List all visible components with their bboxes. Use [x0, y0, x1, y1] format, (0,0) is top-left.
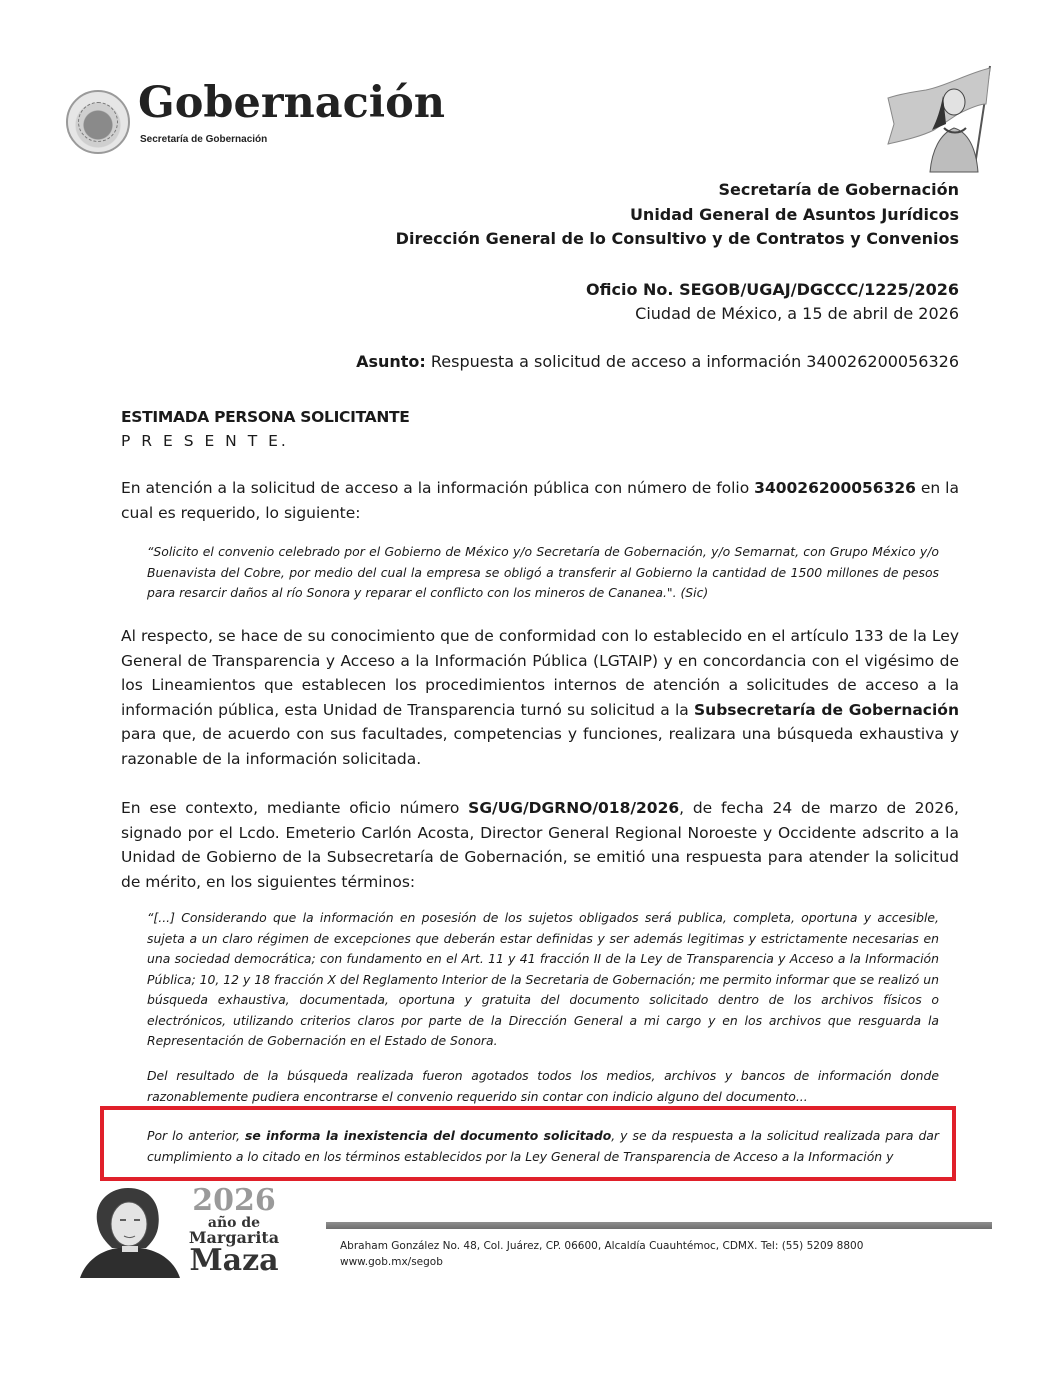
oficio-date: Ciudad de México, a 15 de abril de 2026 — [586, 302, 959, 326]
oficio-reference: SG/UG/DGRNO/018/2026 — [468, 799, 679, 817]
footer-divider — [326, 1222, 992, 1229]
folio-number: 340026200056326 — [754, 479, 916, 497]
heading-line-secretaria: Secretaría de Gobernación — [396, 178, 959, 203]
asunto-line: Asunto: Respuesta a solicitud de acceso … — [356, 352, 959, 371]
mexican-coat-of-arms-seal-icon — [66, 90, 130, 154]
p3-text-a: En ese contexto, mediante oficio número — [121, 799, 468, 817]
logo-subtitle: Secretaría de Gobernación — [140, 134, 267, 145]
year-commemoration-logo: 2026 año de Margarita Maza — [186, 1186, 282, 1276]
asunto-text: Respuesta a solicitud de acceso a inform… — [426, 352, 959, 371]
response-quote-inexistence: Por lo anterior, se informa la inexisten… — [147, 1126, 939, 1167]
inexistence-statement: se informa la inexistencia del documento… — [245, 1128, 611, 1143]
heading-line-direccion: Dirección General de lo Consultivo y de … — [396, 227, 959, 252]
recipient-presente: P R E S E N T E. — [121, 429, 410, 453]
footer-contact: Abraham González No. 48, Col. Juárez, CP… — [340, 1238, 863, 1270]
response-quote-result: Del resultado de la búsqueda realizada f… — [147, 1066, 939, 1107]
logo-title: Gobernación — [138, 82, 445, 125]
highlight-text-a: Por lo anterior, — [147, 1128, 245, 1143]
paragraph-legal-basis: Al respecto, se hace de su conocimiento … — [121, 624, 959, 771]
subsecretaria-name: Subsecretaría de Gobernación — [694, 701, 959, 719]
footer-address: Abraham González No. 48, Col. Juárez, CP… — [340, 1238, 863, 1254]
margarita-maza-portrait-icon — [78, 1186, 182, 1278]
p2-text-b: para que, de acuerdo con sus facultades,… — [121, 725, 959, 768]
woman-with-flag-illustration-icon — [886, 64, 1008, 176]
response-quote-search: “[...] Considerando que la información e… — [147, 908, 939, 1052]
paragraph-context: En ese contexto, mediante oficio número … — [121, 796, 959, 894]
p1-text-a: En atención a la solicitud de acceso a l… — [121, 479, 754, 497]
request-quote: “Solicito el convenio celebrado por el G… — [147, 542, 939, 604]
oficio-number: Oficio No. SEGOB/UGAJ/DGCCC/1225/2026 — [586, 278, 959, 302]
asunto-label: Asunto: — [356, 352, 426, 371]
commemoration-year: 2026 — [186, 1186, 282, 1216]
commemoration-maza: Maza — [186, 1246, 282, 1276]
oficio-block: Oficio No. SEGOB/UGAJ/DGCCC/1225/2026 Ci… — [586, 278, 959, 326]
footer-website-link[interactable]: www.gob.mx/segob — [340, 1254, 863, 1270]
recipient-name: ESTIMADA PERSONA SOLICITANTE — [121, 405, 410, 429]
paragraph-request-intro: En atención a la solicitud de acceso a l… — [121, 476, 959, 525]
heading-line-unidad: Unidad General de Asuntos Jurídicos — [396, 203, 959, 228]
issuing-office-heading: Secretaría de Gobernación Unidad General… — [396, 178, 959, 252]
recipient-block: ESTIMADA PERSONA SOLICITANTE P R E S E N… — [121, 405, 410, 453]
